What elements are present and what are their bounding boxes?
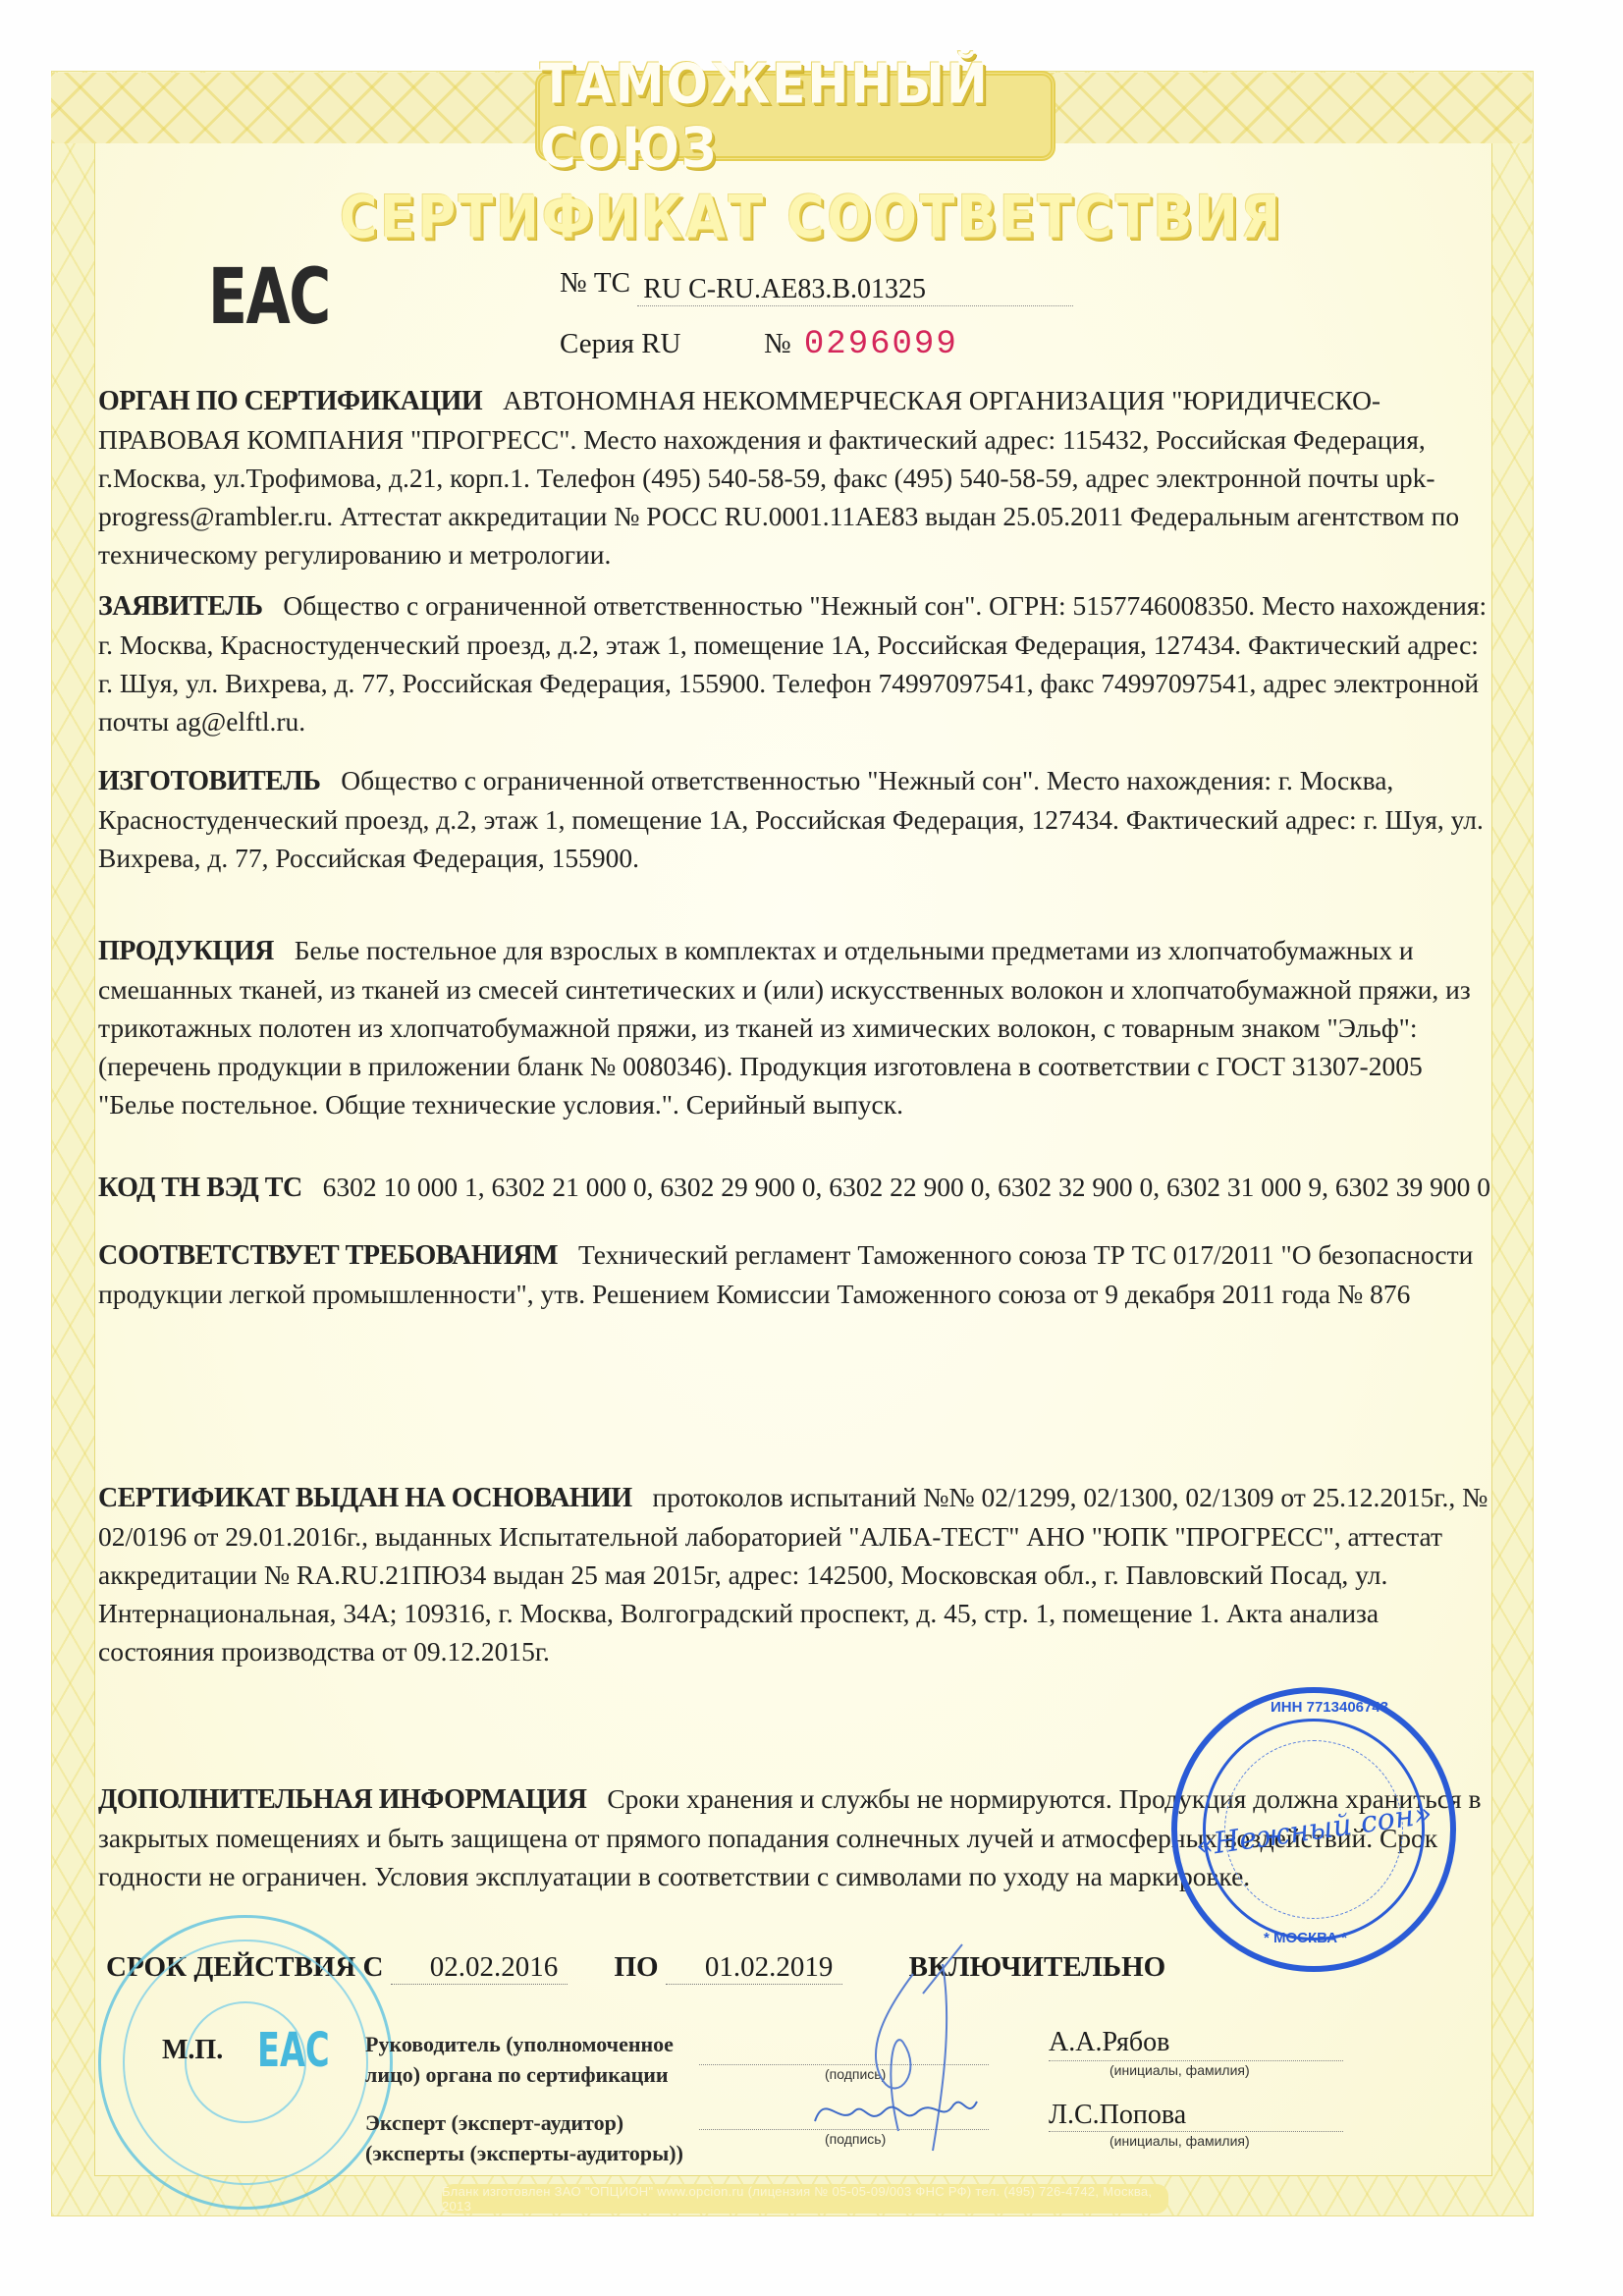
section-text: 6302 10 000 1, 6302 21 000 0, 6302 29 90… — [323, 1172, 1490, 1202]
section-tn-ved-code: КОД ТН ВЭД ТС 6302 10 000 1, 6302 21 000… — [98, 1169, 1492, 1206]
series-value: RU — [641, 328, 680, 359]
blank-prefix: № — [764, 328, 791, 359]
seal-city: * МОСКВА * — [1264, 1930, 1347, 1946]
seal-place-label: М.П. — [162, 2035, 223, 2066]
expert-name-line — [1049, 2131, 1343, 2132]
expert-name: Л.С.Попова — [1049, 2100, 1186, 2131]
section-text: Белье постельное для взрослых в комплект… — [98, 935, 1471, 1120]
section-applicant: ЗАЯВИТЕЛЬ Общество с ограниченной ответс… — [98, 586, 1492, 740]
section-certification-body: ОРГАН ПО СЕРТИФИКАЦИИ АВТОНОМНАЯ НЕКОММЕ… — [98, 381, 1492, 574]
section-label: ПРОДУКЦИЯ — [98, 936, 274, 966]
section-manufacturer: ИЗГОТОВИТЕЛЬ Общество с ограниченной отв… — [98, 761, 1492, 877]
head-name-line — [1049, 2060, 1343, 2061]
expert-role-line1: Эксперт (эксперт-аудитор) — [365, 2107, 683, 2138]
seal-inn: ИНН 7713406743 — [1271, 1699, 1388, 1716]
head-role: Руководитель (уполномоченное лицо) орган… — [365, 2029, 674, 2090]
series-line: Серия RU № 0296099 — [560, 326, 958, 363]
section-label: СООТВЕТСТВУЕТ ТРЕБОВАНИЯМ — [98, 1240, 558, 1271]
eac-mark-icon: ЕАС — [208, 253, 330, 342]
head-name-caption: (инициалы, фамилия) — [1109, 2062, 1250, 2078]
banner-text: ТАМОЖЕННЫЙ СОЮЗ — [540, 52, 1051, 180]
section-label: ДОПОЛНИТЕЛЬНАЯ ИНФОРМАЦИЯ — [98, 1784, 586, 1815]
number-prefix: № ТС — [560, 267, 630, 299]
number-value: RU C-RU.AE83.B.01325 — [637, 274, 1073, 306]
validity-to-label: ПО — [615, 1951, 659, 1983]
seal-eac-mark-icon: ЕАС — [257, 2023, 330, 2078]
section-product: ПРОДУКЦИЯ Белье постельное для взрослых … — [98, 931, 1492, 1123]
section-label: СЕРТИФИКАТ ВЫДАН НА ОСНОВАНИИ — [98, 1483, 632, 1513]
expert-role-line2: (эксперты (эксперты-аудиторы)) — [365, 2138, 683, 2168]
customs-union-banner: ТАМОЖЕННЫЙ СОЮЗ — [535, 71, 1055, 161]
company-seal: ИНН 7713406743 * МОСКВА * «Нежный сон» — [1171, 1687, 1456, 1972]
certificate-number: № ТС RU C-RU.AE83.B.01325 — [560, 267, 1073, 301]
head-role-line1: Руководитель (уполномоченное — [365, 2029, 674, 2059]
section-issued-on-basis: СЕРТИФИКАТ ВЫДАН НА ОСНОВАНИИ протоколов… — [98, 1478, 1492, 1670]
certificate-title: СЕРТИФИКАТ СООТВЕТСТВИЯ — [0, 185, 1623, 252]
section-label: КОД ТН ВЭД ТС — [98, 1173, 302, 1203]
series-label: Серия — [560, 328, 634, 359]
validity-from-date: 02.02.2016 — [391, 1951, 568, 1985]
head-name: А.А.Рябов — [1049, 2027, 1169, 2058]
validity-to-date: 01.02.2019 — [666, 1951, 843, 1985]
section-label: ЗАЯВИТЕЛЬ — [98, 591, 263, 622]
blank-print-info: Бланк изготовлен ЗАО "ОПЦИОН" www.opcion… — [442, 2184, 1168, 2214]
expert-signature-icon — [805, 2082, 992, 2141]
expert-name-caption: (инициалы, фамилия) — [1109, 2133, 1250, 2149]
section-complies-with: СООТВЕТСТВУЕТ ТРЕБОВАНИЯМ Технический ре… — [98, 1235, 1492, 1313]
section-label: ИЗГОТОВИТЕЛЬ — [98, 766, 320, 796]
blank-number: 0296099 — [804, 326, 958, 363]
section-label: ОРГАН ПО СЕРТИФИКАЦИИ — [98, 386, 482, 416]
expert-role: Эксперт (эксперт-аудитор) (эксперты (экс… — [365, 2107, 683, 2168]
seal-company-name: «Нежный сон» — [1194, 1796, 1434, 1863]
head-role-line2: лицо) органа по сертификации — [365, 2059, 674, 2090]
certification-body-seal — [98, 1915, 393, 2210]
section-text: Общество с ограниченной ответственностью… — [98, 590, 1487, 737]
